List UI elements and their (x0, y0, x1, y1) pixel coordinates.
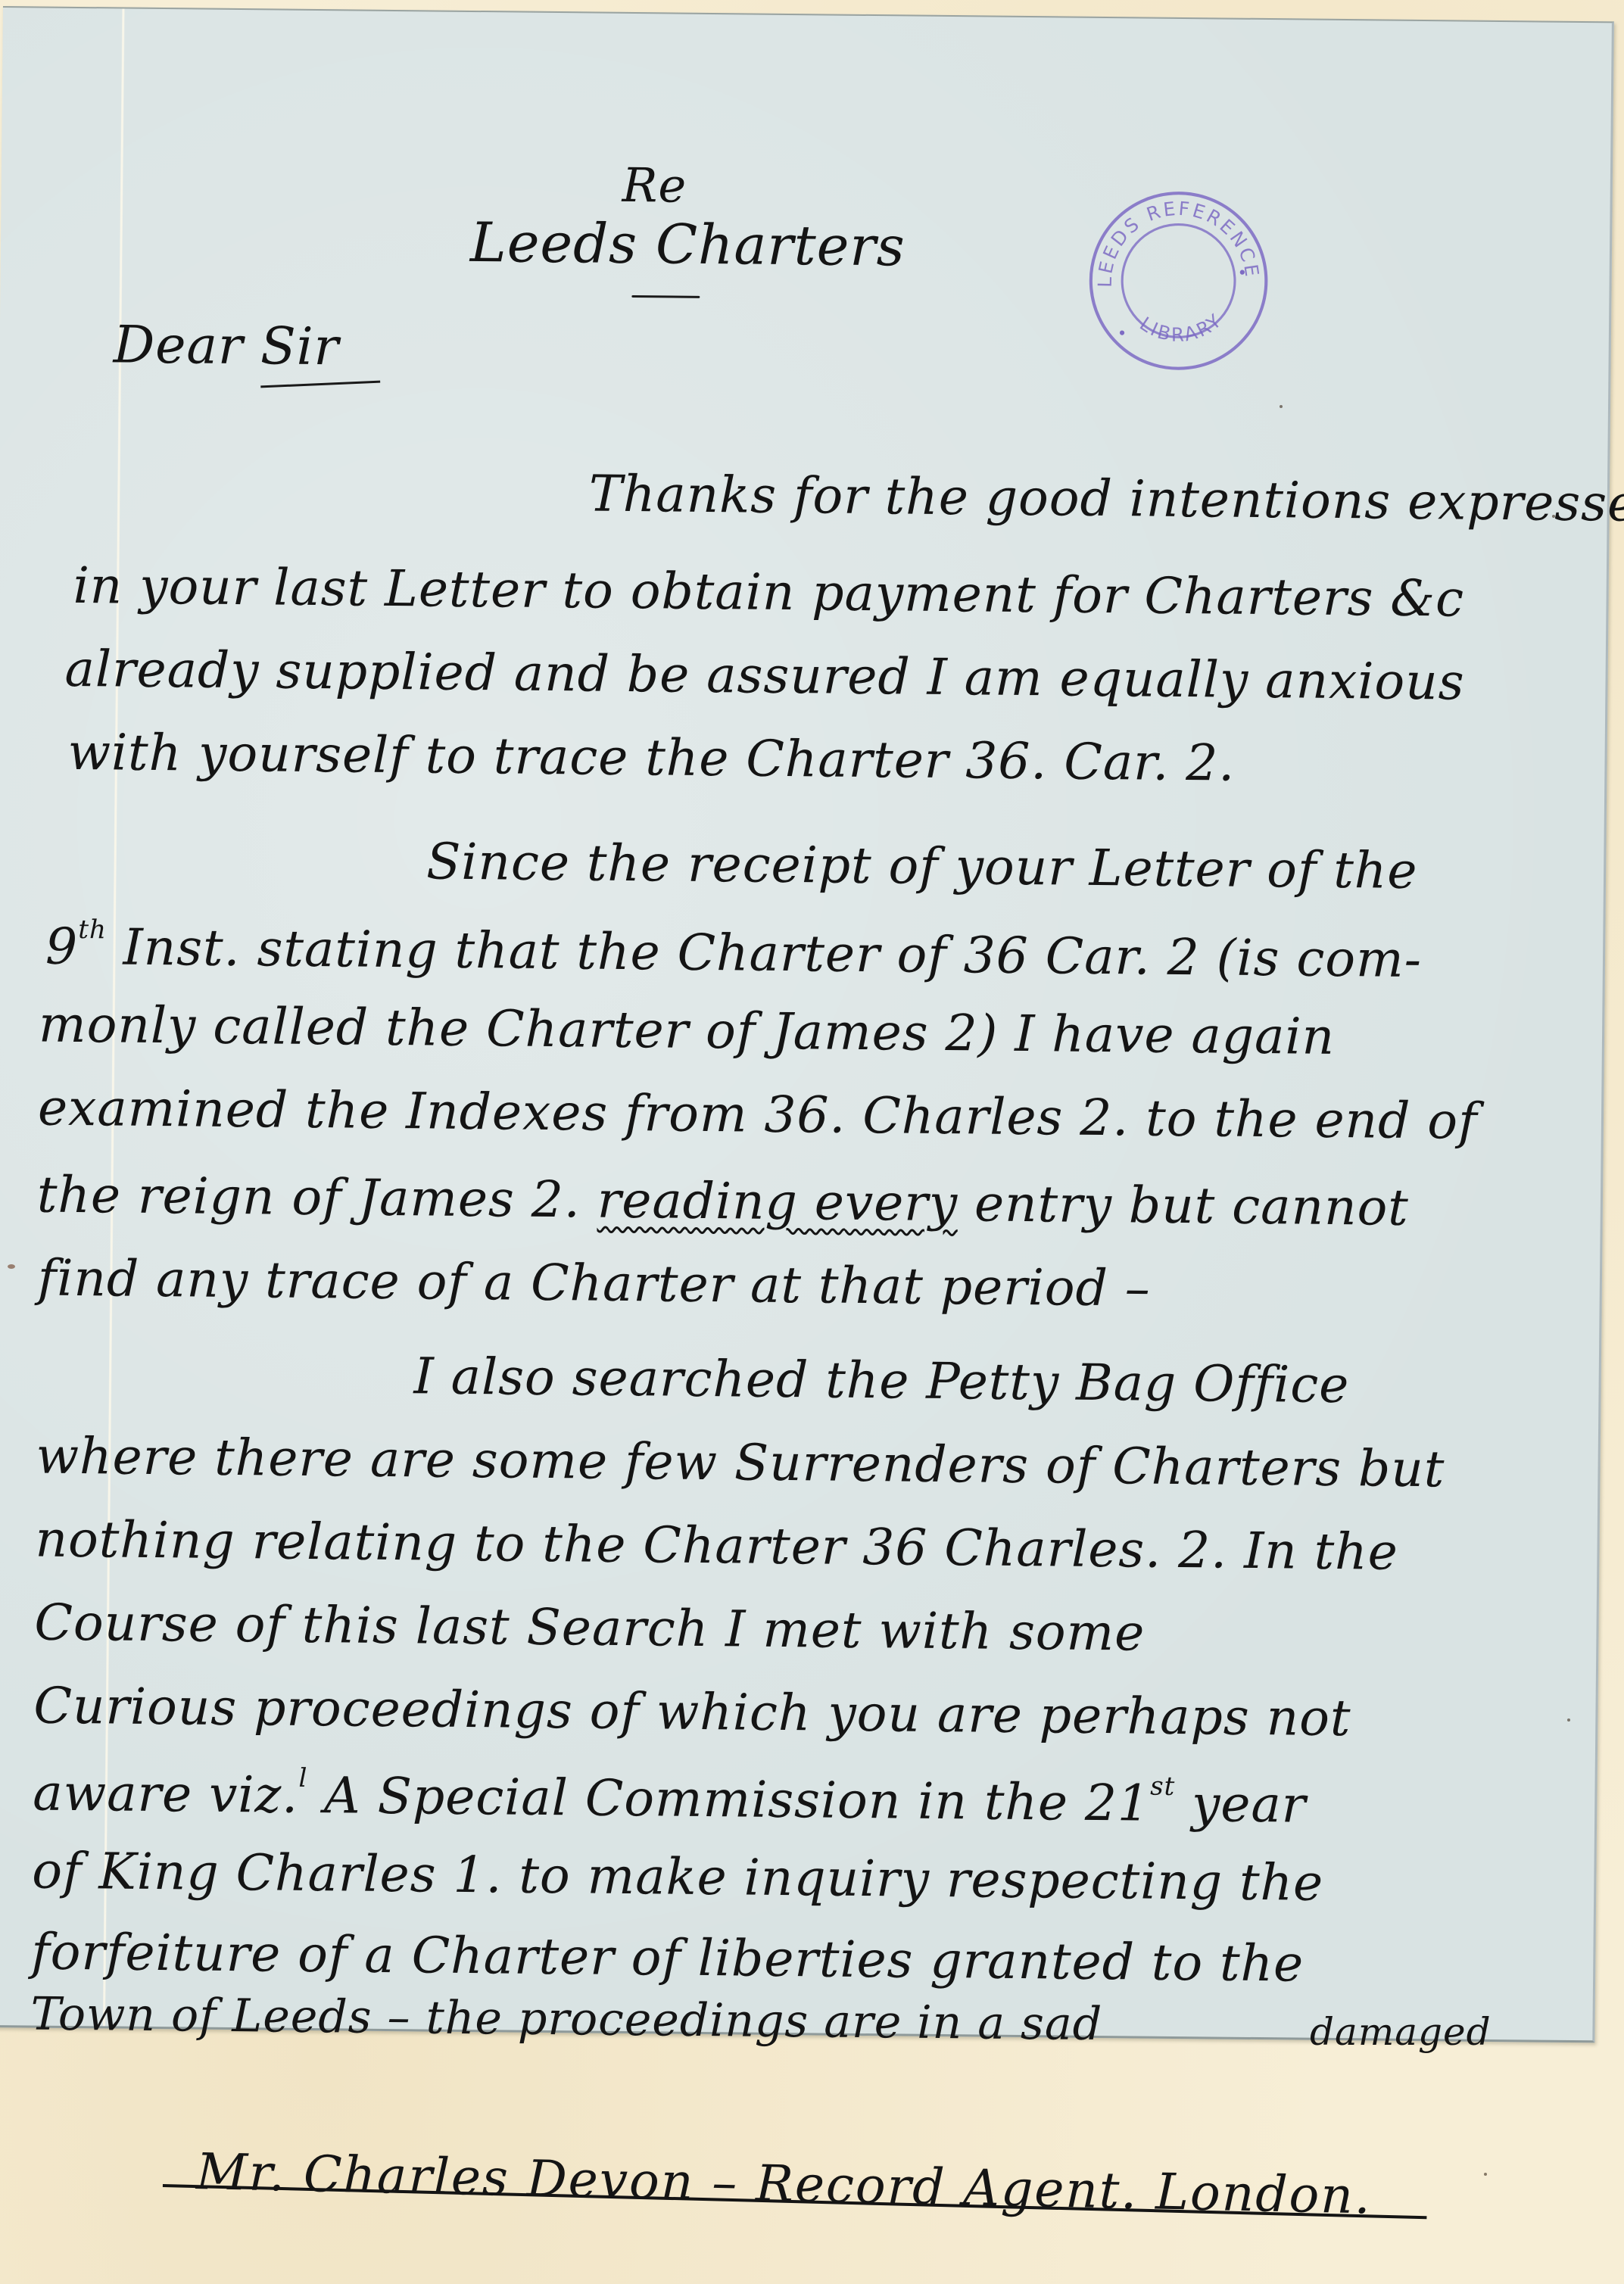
underlined-phrase: reading every (597, 1171, 958, 1233)
body-line-12: where there are some few Surrenders of C… (36, 1432, 1445, 1495)
library-stamp-icon: LEEDS REFERENCE LIBRARY (1079, 182, 1277, 380)
body-line-16: aware viz.l A Special Commission in the … (33, 1762, 1307, 1830)
salutation: Dear Sir (113, 315, 339, 377)
body-line-1: Thanks for the good intentions expressed (589, 469, 1624, 529)
superscript-th: th (78, 915, 107, 945)
body-line-8: examined the Indexes from 36. Charles 2.… (38, 1083, 1478, 1147)
body-line-19: Town of Leeds – the proceedings are in a… (30, 1991, 1102, 2047)
body-line-9-b: entry but cannot (974, 1174, 1409, 1237)
superscript-viz: l (298, 1763, 307, 1793)
body-line-10: find any trace of a Charter at that peri… (38, 1254, 1152, 1314)
catchword: damaged (1310, 2010, 1492, 2054)
body-line-15: Curious proceedings of which you are per… (33, 1681, 1351, 1743)
body-line-13: nothing relating to the Charter 36 Charl… (35, 1515, 1398, 1578)
heading-re: Re (622, 157, 687, 213)
stamp-top-text: LEEDS REFERENCE (1089, 192, 1264, 289)
heading-subject: Leeds Charters (470, 210, 906, 279)
salutation-rule (260, 381, 380, 388)
body-line-9-a: the reign of James 2. (37, 1166, 581, 1229)
letter-sheet: Re Leeds Charters Dear Sir LEEDS REFEREN… (0, 6, 1614, 2043)
body-line-2: in your last Letter to obtain payment fo… (73, 561, 1464, 625)
heading-rule (631, 295, 700, 298)
superscript-ninth: 9 (45, 918, 79, 976)
svg-text:LIBRARY: LIBRARY (1135, 308, 1228, 349)
body-line-16-a: aware viz. (33, 1763, 299, 1824)
body-line-14: Course of this last Search I met with so… (34, 1597, 1145, 1658)
body-line-11: I also searched the Petty Bag Office (413, 1351, 1349, 1410)
body-line-4: with yourself to trace the Charter 36. C… (67, 728, 1235, 789)
body-line-6-text: Inst. stating that the Charter of 36 Car… (123, 918, 1422, 989)
stamp-bottom-text: LIBRARY (1135, 308, 1228, 349)
body-line-9: the reign of James 2. reading every entr… (37, 1170, 1410, 1233)
body-line-16-c: year (1192, 1775, 1307, 1834)
body-line-7: monly called the Charter of James 2) I h… (39, 1000, 1336, 1062)
body-line-16-b: A Special Commission in the 21 (324, 1766, 1151, 1832)
body-line-6: 9th Inst. stating that the Charter of 36… (45, 917, 1423, 985)
body-line-5: Since the receipt of your Letter of the (426, 837, 1418, 896)
library-stamp-graphic: LEEDS REFERENCE LIBRARY (1079, 182, 1277, 380)
body-line-18: forfeiture of a Charter of liberties gra… (31, 1927, 1304, 1989)
superscript-st: st (1150, 1771, 1176, 1802)
body-line-17: of King Charles 1. to make inquiry respe… (32, 1846, 1323, 1908)
body-line-3: already supplied and be assured I am equ… (64, 644, 1465, 708)
svg-text:LEEDS REFERENCE: LEEDS REFERENCE (1089, 192, 1264, 289)
